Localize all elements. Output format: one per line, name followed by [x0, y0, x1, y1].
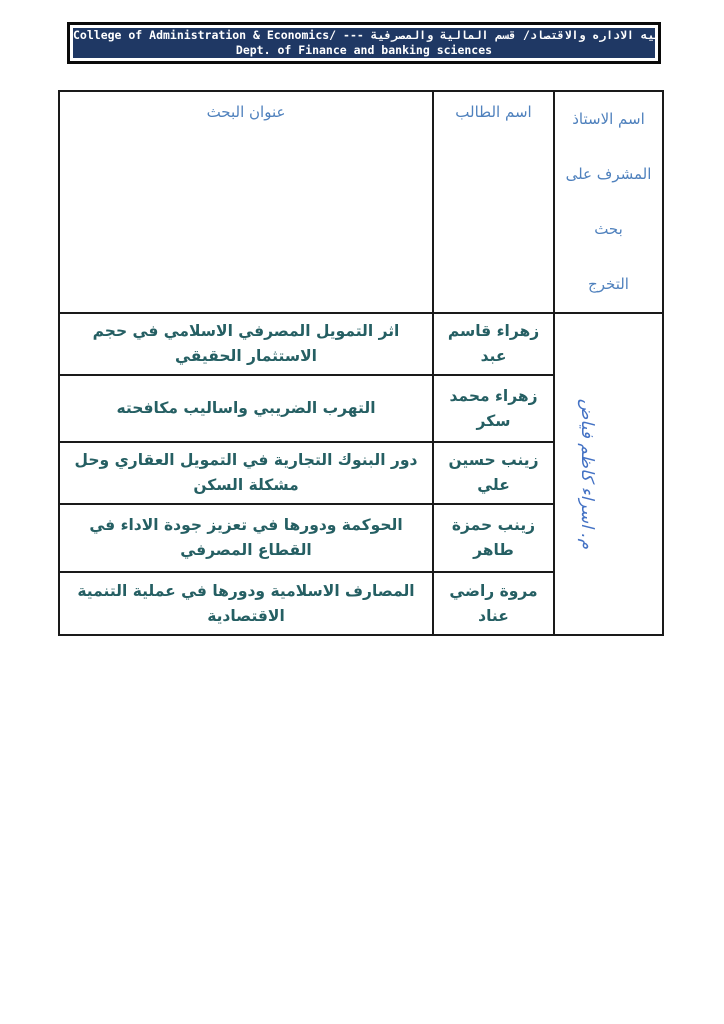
research-title: دور البنوك التجارية في التمويل العقاري و…	[59, 442, 433, 504]
department-banner-fill: College of Administration & Economics/ -…	[73, 28, 655, 58]
header-supervisor-line2: المشرف على بحث	[555, 147, 662, 257]
research-title: اثر التمويل المصرفي الاسلامي في حجم الاس…	[59, 313, 433, 375]
graduation-research-table: اسم الاستاذ المشرف على بحث التخرج اسم ال…	[58, 90, 664, 636]
table-row: م. اسراء كاظم فياض زهراء قاسم عبد اثر ال…	[59, 313, 663, 375]
student-name: زهراء قاسم عبد	[433, 313, 554, 375]
supervisor-name-rotated: م. اسراء كاظم فياض	[577, 399, 597, 549]
document-page: College of Administration & Economics/ -…	[0, 0, 724, 1024]
banner-line-dept: Dept. of Finance and banking sciences	[73, 43, 655, 58]
header-student: اسم الطالب	[433, 91, 554, 313]
banner-line-college: College of Administration & Economics/ -…	[73, 28, 655, 43]
student-name: زينب حمزة طاهر	[433, 504, 554, 572]
student-name: زهراء محمد سكر	[433, 375, 554, 442]
header-supervisor: اسم الاستاذ المشرف على بحث التخرج	[554, 91, 663, 313]
student-name: مروة راضي عناد	[433, 572, 554, 635]
header-supervisor-line1: اسم الاستاذ	[555, 92, 662, 147]
table-header-row: اسم الاستاذ المشرف على بحث التخرج اسم ال…	[59, 91, 663, 313]
student-name: زينب حسين علي	[433, 442, 554, 504]
header-title: عنوان البحث	[59, 91, 433, 313]
research-title: التهرب الضريبي واساليب مكافحته	[59, 375, 433, 442]
research-title: الحوكمة ودورها في تعزيز جودة الاداء في ا…	[59, 504, 433, 572]
supervisor-merged-cell: م. اسراء كاظم فياض	[554, 313, 663, 635]
header-supervisor-line3: التخرج	[555, 257, 662, 312]
research-title: المصارف الاسلامية ودورها في عملية التنمي…	[59, 572, 433, 635]
department-banner: College of Administration & Economics/ -…	[67, 22, 661, 64]
